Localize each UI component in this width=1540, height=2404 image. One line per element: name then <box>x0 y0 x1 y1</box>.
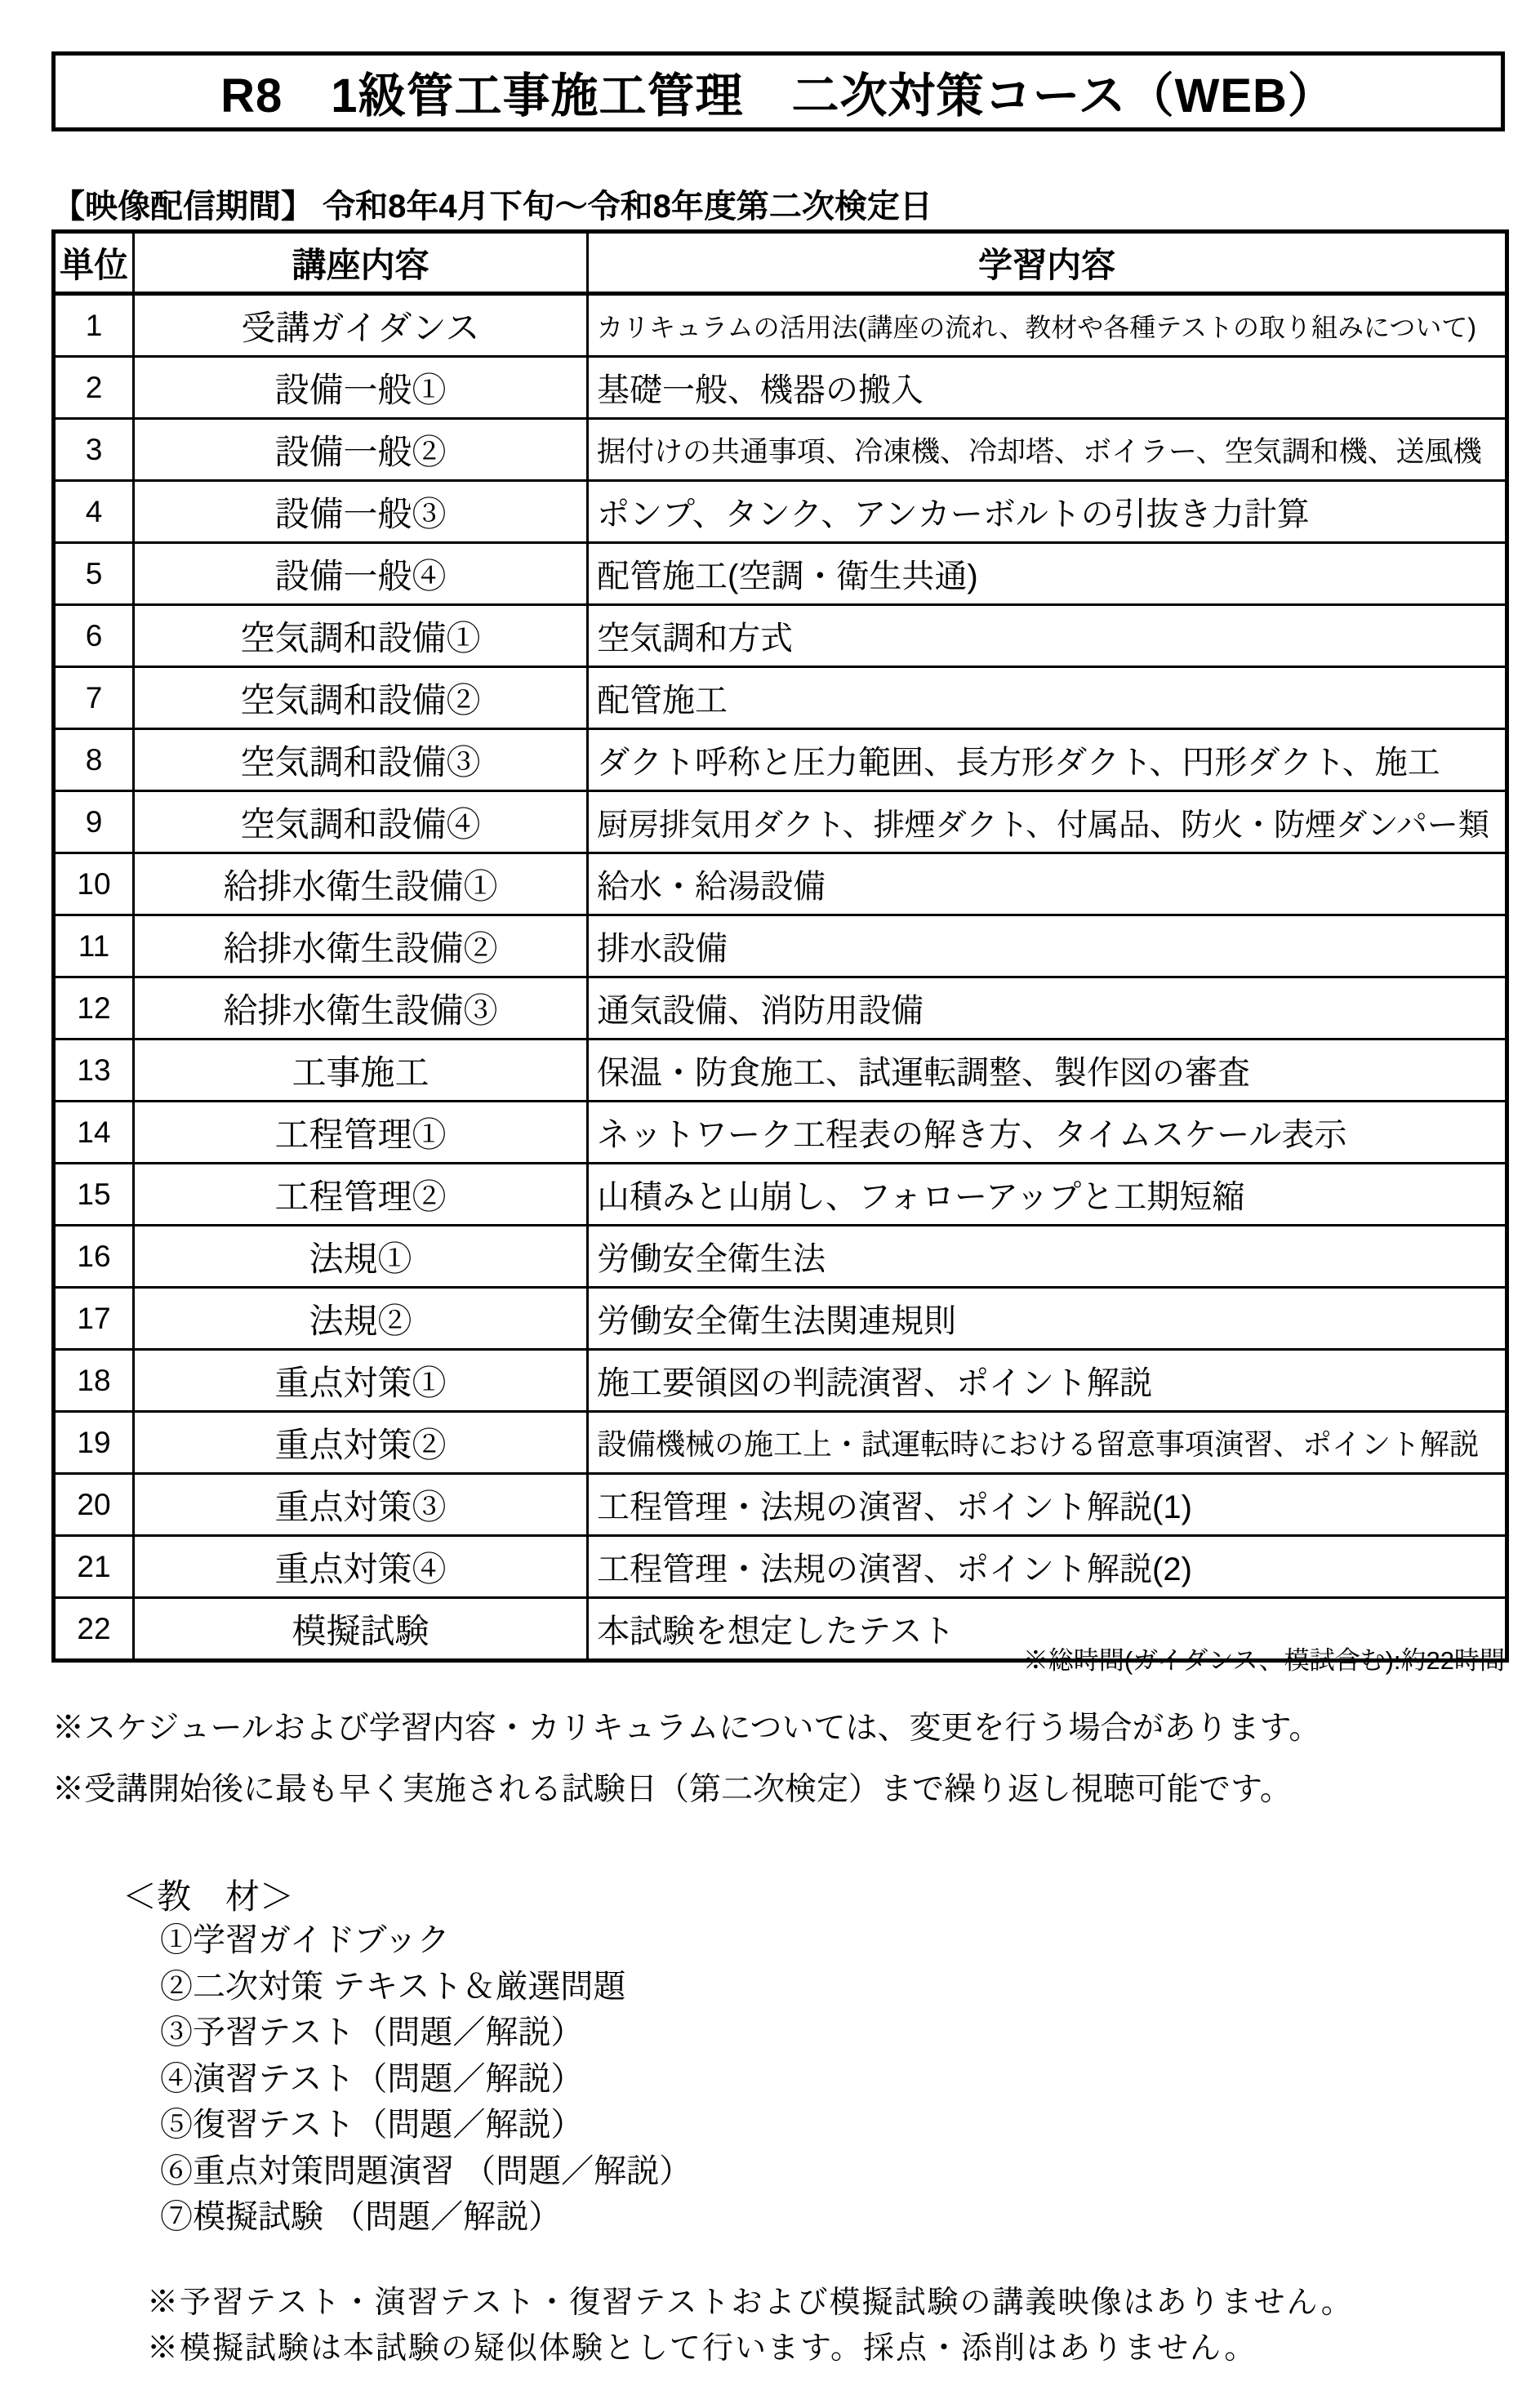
unit-cell: 6 <box>54 605 134 667</box>
table-row: 12給排水衛生設備③通気設備、消防用設備 <box>54 977 1507 1040</box>
content-cell: 設備機械の施工上・試運転時における留意事項演習、ポイント解説 <box>588 1412 1507 1474</box>
course-cell: 給排水衛生設備② <box>134 915 588 977</box>
table-row: 5設備一般④配管施工(空調・衛生共通) <box>54 543 1507 605</box>
content-cell: 労働安全衛生法 <box>588 1226 1507 1288</box>
content-cell: 労働安全衛生法関連規則 <box>588 1288 1507 1350</box>
unit-cell: 1 <box>54 294 134 357</box>
table-row: 7空気調和設備②配管施工 <box>54 667 1507 729</box>
unit-cell: 4 <box>54 481 134 543</box>
unit-cell: 9 <box>54 791 134 853</box>
unit-cell: 11 <box>54 915 134 977</box>
course-cell: 法規② <box>134 1288 588 1350</box>
table-header-row: 単位 講座内容 学習内容 <box>54 232 1507 294</box>
content-cell: 基礎一般、機器の搬入 <box>588 357 1507 419</box>
content-cell: 配管施工 <box>588 667 1507 729</box>
course-title-box: R8 1級管工事施工管理 二次対策コース（WEB） <box>51 51 1505 131</box>
unit-cell: 20 <box>54 1474 134 1536</box>
content-cell: 保温・防食施工、試運転調整、製作図の審査 <box>588 1040 1507 1102</box>
course-cell: 設備一般① <box>134 357 588 419</box>
course-cell: 設備一般③ <box>134 481 588 543</box>
unit-cell: 7 <box>54 667 134 729</box>
streaming-period: 【映像配信期間】 令和8年4月下旬～令和8年度第二次検定日 <box>52 180 932 227</box>
course-cell: 工程管理② <box>134 1164 588 1226</box>
course-cell: 工程管理① <box>134 1102 588 1164</box>
document-page: R8 1級管工事施工管理 二次対策コース（WEB） 【映像配信期間】 令和8年4… <box>0 0 1540 2404</box>
course-cell: 空気調和設備① <box>134 605 588 667</box>
material-item: ②二次対策 テキスト＆厳選問題 <box>160 1964 692 2010</box>
content-cell: 厨房排気用ダクト、排煙ダクト、付属品、防火・防煙ダンパー類 <box>588 791 1507 853</box>
content-cell: 通気設備、消防用設備 <box>588 977 1507 1040</box>
material-item: ④演習テスト（問題／解説） <box>160 2056 692 2103</box>
unit-cell: 8 <box>54 729 134 791</box>
course-cell: 受講ガイダンス <box>134 294 588 357</box>
course-cell: 重点対策④ <box>134 1536 588 1598</box>
unit-cell: 3 <box>54 419 134 481</box>
material-item: ⑥重点対策問題演習 （問題／解説） <box>160 2148 692 2195</box>
content-cell: 工程管理・法規の演習、ポイント解説(1) <box>588 1474 1507 1536</box>
table-row: 15工程管理②山積みと山崩し、フォローアップと工期短縮 <box>54 1164 1507 1226</box>
content-cell: 配管施工(空調・衛生共通) <box>588 543 1507 605</box>
total-time-note: ※総時間(ガイダンス、模試含む):約22時間 <box>51 1640 1505 1676</box>
content-cell: 給水・給湯設備 <box>588 853 1507 915</box>
content-cell: ダクト呼称と圧力範囲、長方形ダクト、円形ダクト、施工 <box>588 729 1507 791</box>
unit-cell: 2 <box>54 357 134 419</box>
table-row: 8空気調和設備③ダクト呼称と圧力範囲、長方形ダクト、円形ダクト、施工 <box>54 729 1507 791</box>
unit-cell: 21 <box>54 1536 134 1598</box>
content-cell: 空気調和方式 <box>588 605 1507 667</box>
table-body: 1受講ガイダンスカリキュラムの活用法(講座の流れ、教材や各種テストの取り組みにつ… <box>54 294 1507 1661</box>
curriculum-table: 単位 講座内容 学習内容 1受講ガイダンスカリキュラムの活用法(講座の流れ、教材… <box>51 229 1509 1663</box>
table-row: 2設備一般①基礎一般、機器の搬入 <box>54 357 1507 419</box>
content-cell: 山積みと山崩し、フォローアップと工期短縮 <box>588 1164 1507 1226</box>
table-row: 17法規②労働安全衛生法関連規則 <box>54 1288 1507 1350</box>
table-row: 18重点対策①施工要領図の判読演習、ポイント解説 <box>54 1350 1507 1412</box>
content-cell: カリキュラムの活用法(講座の流れ、教材や各種テストの取り組みについて) <box>588 294 1507 357</box>
unit-cell: 19 <box>54 1412 134 1474</box>
content-cell: 工程管理・法規の演習、ポイント解説(2) <box>588 1536 1507 1598</box>
material-item: ⑦模擬試験 （問題／解説） <box>160 2194 692 2241</box>
unit-cell: 15 <box>54 1164 134 1226</box>
unit-cell: 16 <box>54 1226 134 1288</box>
material-item: ⑤復習テスト（問題／解説） <box>160 2102 692 2148</box>
course-cell: 重点対策① <box>134 1350 588 1412</box>
course-cell: 設備一般④ <box>134 543 588 605</box>
course-cell: 工事施工 <box>134 1040 588 1102</box>
content-cell: 据付けの共通事項、冷凍機、冷却塔、ボイラー、空気調和機、送風機 <box>588 419 1507 481</box>
unit-cell: 13 <box>54 1040 134 1102</box>
course-cell: 空気調和設備③ <box>134 729 588 791</box>
table-row: 19重点対策②設備機械の施工上・試運転時における留意事項演習、ポイント解説 <box>54 1412 1507 1474</box>
course-cell: 重点対策② <box>134 1412 588 1474</box>
course-title: R8 1級管工事施工管理 二次対策コース（WEB） <box>220 57 1336 126</box>
materials-heading: ＜教 材＞ <box>122 1870 294 1919</box>
table-row: 6空気調和設備①空気調和方式 <box>54 605 1507 667</box>
course-cell: 設備一般② <box>134 419 588 481</box>
unit-cell: 10 <box>54 853 134 915</box>
material-item: ①学習ガイドブック <box>160 1917 692 1964</box>
table-row: 4設備一般③ポンプ、タンク、アンカーボルトの引抜き力計算 <box>54 481 1507 543</box>
col-header-content: 学習内容 <box>588 232 1507 294</box>
table-row: 10給排水衛生設備①給水・給湯設備 <box>54 853 1507 915</box>
content-cell: 施工要領図の判読演習、ポイント解説 <box>588 1350 1507 1412</box>
table-row: 21重点対策④工程管理・法規の演習、ポイント解説(2) <box>54 1536 1507 1598</box>
course-cell: 給排水衛生設備① <box>134 853 588 915</box>
footnote-no-video: ※予習テスト・演習テスト・復習テストおよび模擬試験の講義映像はありません。 <box>147 2277 1354 2322</box>
content-cell: ポンプ、タンク、アンカーボルトの引抜き力計算 <box>588 481 1507 543</box>
table-row: 11給排水衛生設備②排水設備 <box>54 915 1507 977</box>
materials-list: ①学習ガイドブック②二次対策 テキスト＆厳選問題③予習テスト（問題／解説）④演習… <box>160 1917 692 2241</box>
footnote-mock-exam: ※模擬試験は本試験の疑似体験として行います。採点・添削はありません。 <box>147 2322 1257 2367</box>
table-row: 3設備一般②据付けの共通事項、冷凍機、冷却塔、ボイラー、空気調和機、送風機 <box>54 419 1507 481</box>
unit-cell: 17 <box>54 1288 134 1350</box>
viewing-period-note: ※受講開始後に最も早く実施される試験日（第二次検定）まで繰り返し視聴可能です。 <box>52 1764 1292 1810</box>
content-cell: ネットワーク工程表の解き方、タイムスケール表示 <box>588 1102 1507 1164</box>
col-header-course: 講座内容 <box>134 232 588 294</box>
col-header-unit: 単位 <box>54 232 134 294</box>
course-cell: 空気調和設備② <box>134 667 588 729</box>
course-cell: 空気調和設備④ <box>134 791 588 853</box>
unit-cell: 5 <box>54 543 134 605</box>
table-row: 14工程管理①ネットワーク工程表の解き方、タイムスケール表示 <box>54 1102 1507 1164</box>
schedule-change-note: ※スケジュールおよび学習内容・カリキュラムについては、変更を行う場合があります。 <box>52 1703 1320 1748</box>
material-item: ③予習テスト（問題／解説） <box>160 2010 692 2056</box>
table-row: 9空気調和設備④厨房排気用ダクト、排煙ダクト、付属品、防火・防煙ダンパー類 <box>54 791 1507 853</box>
unit-cell: 12 <box>54 977 134 1040</box>
table-row: 13工事施工保温・防食施工、試運転調整、製作図の審査 <box>54 1040 1507 1102</box>
course-cell: 給排水衛生設備③ <box>134 977 588 1040</box>
course-cell: 法規① <box>134 1226 588 1288</box>
course-cell: 重点対策③ <box>134 1474 588 1536</box>
unit-cell: 14 <box>54 1102 134 1164</box>
table-row: 16法規①労働安全衛生法 <box>54 1226 1507 1288</box>
table-row: 1受講ガイダンスカリキュラムの活用法(講座の流れ、教材や各種テストの取り組みにつ… <box>54 294 1507 357</box>
unit-cell: 18 <box>54 1350 134 1412</box>
content-cell: 排水設備 <box>588 915 1507 977</box>
table-row: 20重点対策③工程管理・法規の演習、ポイント解説(1) <box>54 1474 1507 1536</box>
